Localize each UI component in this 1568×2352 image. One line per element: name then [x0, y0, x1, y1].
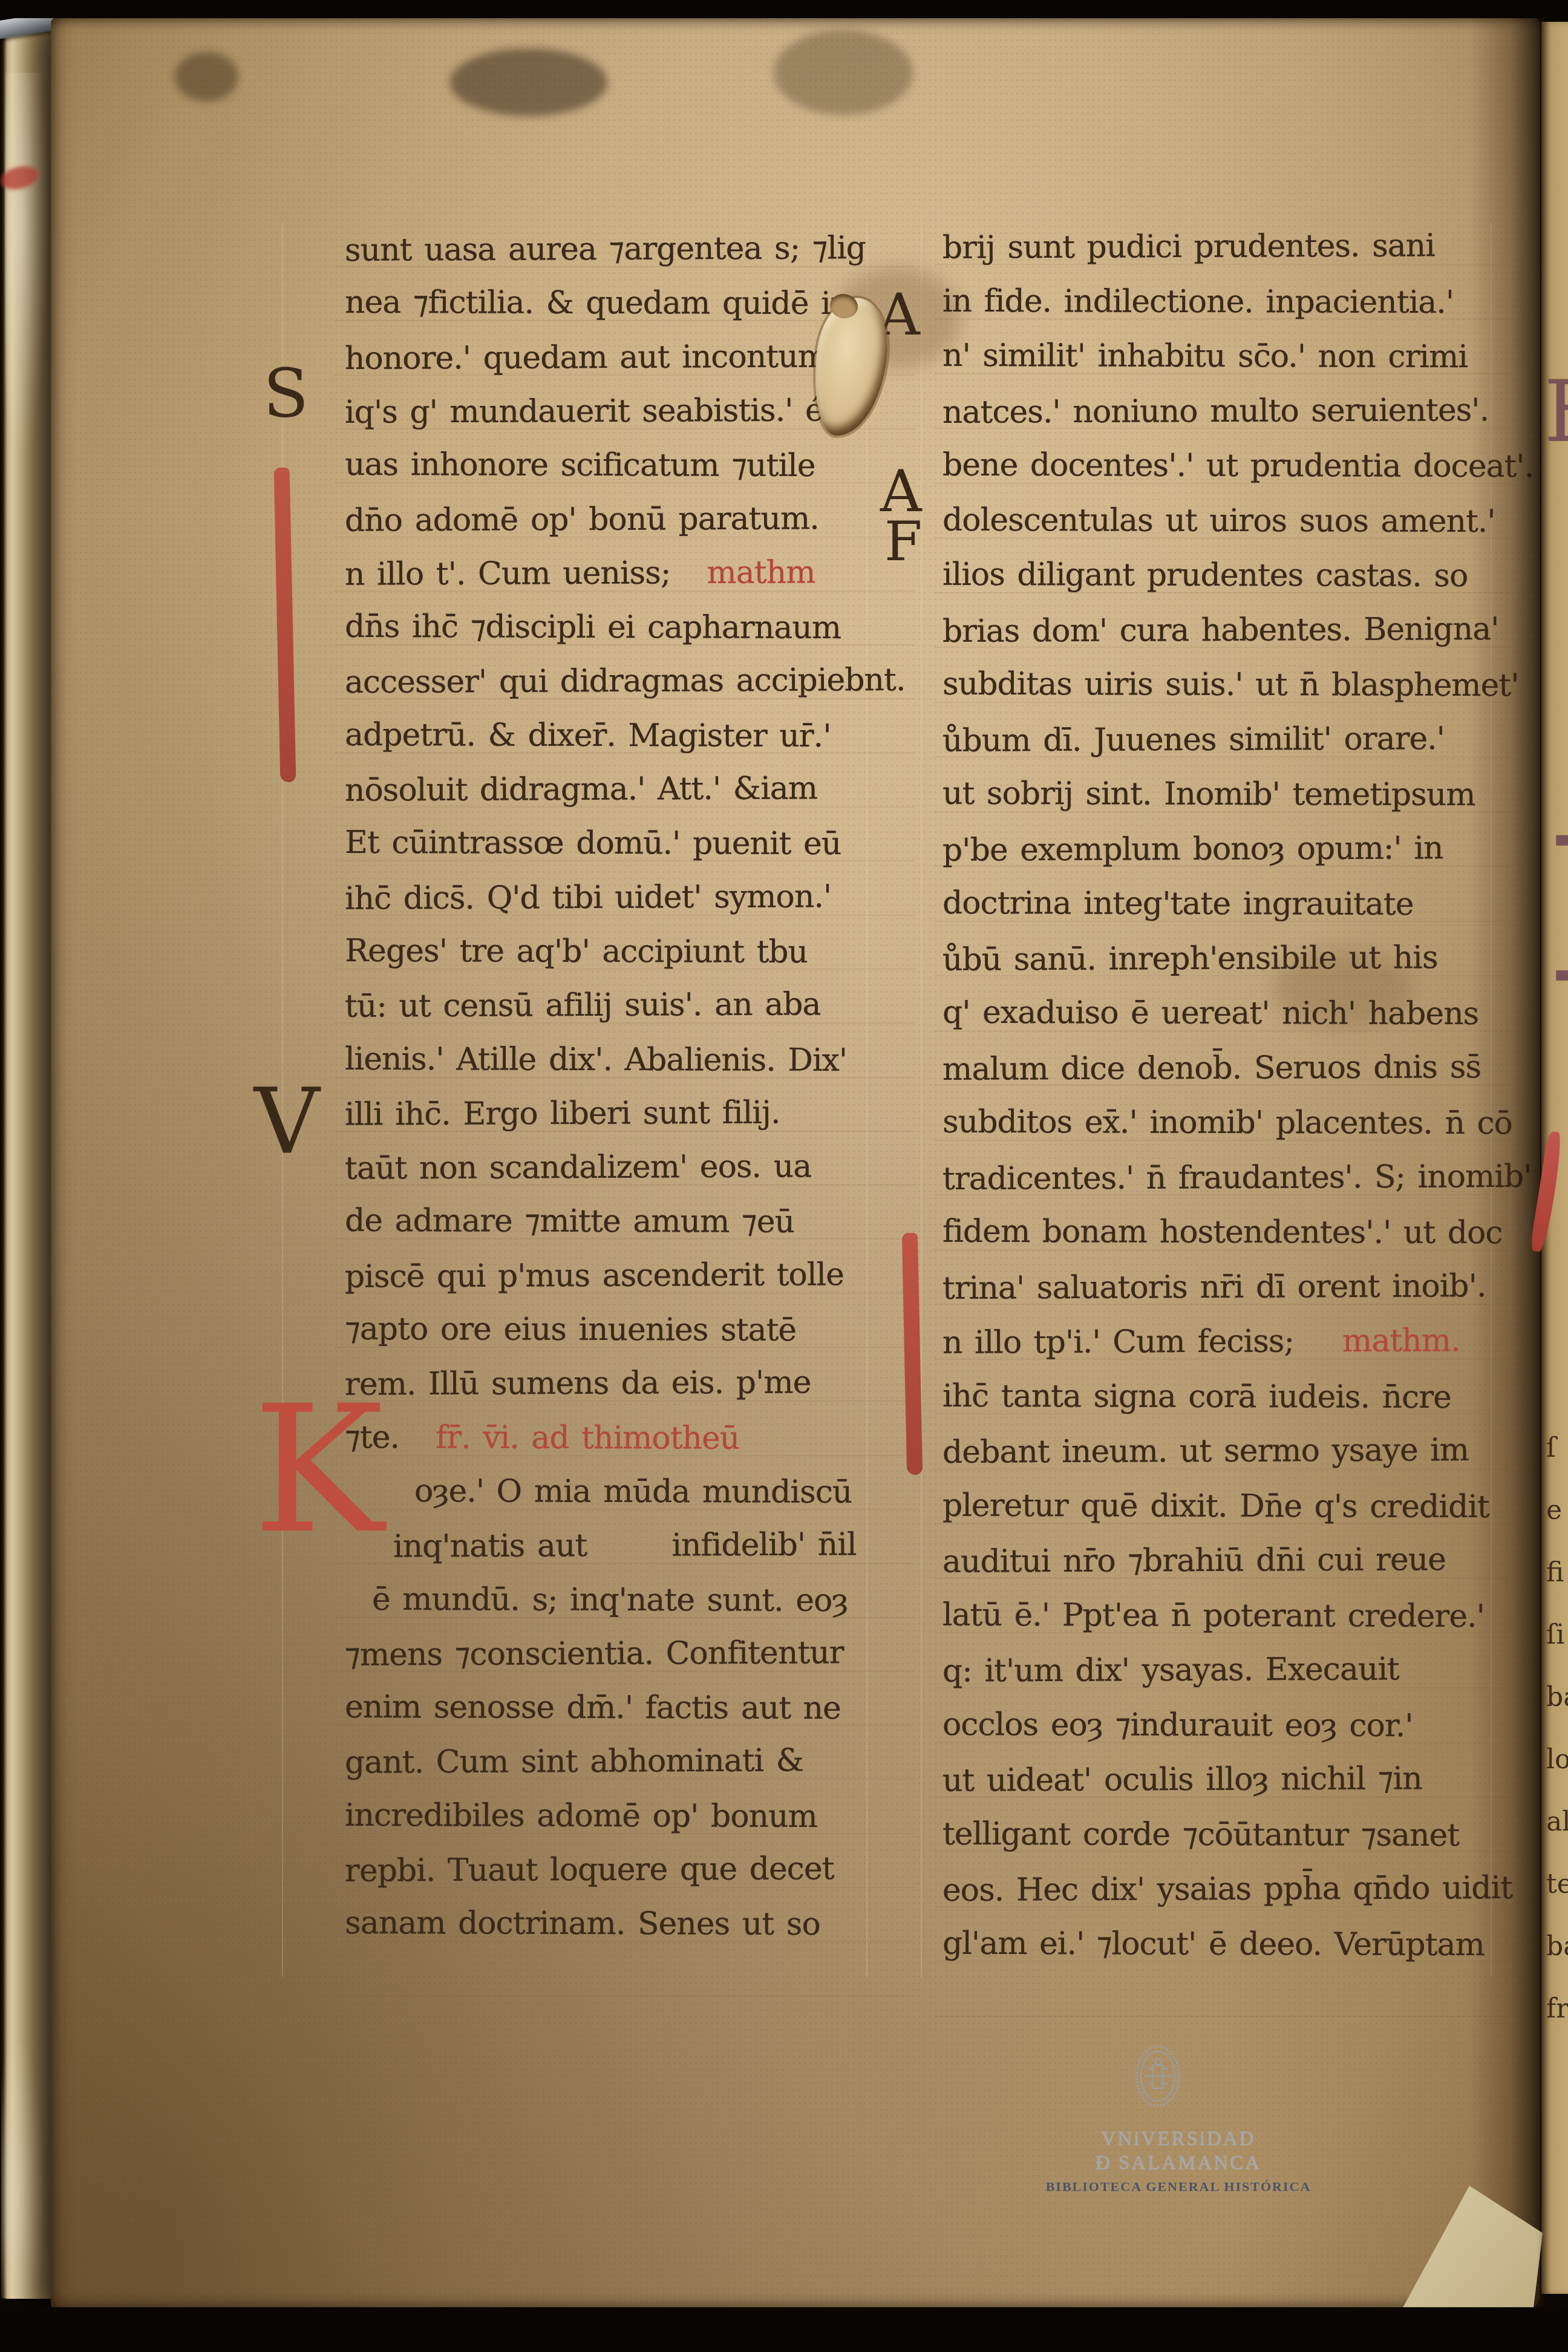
manuscript-line: Reges' tre aq'b' accipiunt tbu — [345, 927, 808, 976]
ink-segment: accesser' qui didragmas accipiebnt. — [345, 662, 906, 701]
ink-segment: ůbum dī. Juuenes similit' orare.' — [942, 720, 1445, 759]
manuscript-line: p'be exemplum bonoȝ opum:' in — [942, 824, 1443, 875]
facing-page-fragment: fr — [1546, 1993, 1568, 2024]
ink-segment: taūt non scandalizem' eos. ua — [345, 1148, 811, 1186]
manuscript-line: latū ē.' Ppt'ea n̄ poterant credere.' — [942, 1590, 1485, 1640]
ink-segment: q: it'um dix' ysayas. Execauit — [942, 1651, 1399, 1689]
university-seal-icon — [1135, 2045, 1181, 2108]
manuscript-line: brij sunt pudici prudentes. sani — [942, 221, 1435, 272]
manuscript-line: in fide. indilectione. inpacientia.' — [942, 276, 1454, 326]
watermark-library-name: BIBLIOTECA GENERAL HISTÓRICA — [1008, 2179, 1349, 2195]
manuscript-line: ⁊te.fr̄. v̄i. ad thimotheū — [345, 1413, 740, 1463]
stain — [774, 30, 913, 115]
ink-segment: p'be exemplum bonoȝ opum:' in — [942, 830, 1443, 869]
manuscript-line: inq'natis autinfidelib' n̄il — [393, 1521, 857, 1571]
manuscript-line: de admare ⁊mitte amum ⁊eū — [345, 1197, 794, 1246]
margin-rule — [866, 223, 867, 1977]
ink-segment: latū ē.' Ppt'ea n̄ poterant credere.' — [942, 1596, 1485, 1634]
ink-segment: pleretur quē dixit. Dn̄e q's credidit — [942, 1487, 1489, 1524]
manuscript-line: q' exaduiso ē uereat' nich' habens — [942, 988, 1479, 1038]
manuscript-line: incredibiles adomē op' bonum — [345, 1791, 817, 1841]
facing-page-fragment: ſi — [1546, 1619, 1564, 1650]
manuscript-line: sanam doctrinam. Senes ut so — [345, 1899, 820, 1949]
ink-segment: oȝe.' O mia mūda mundiscū — [414, 1473, 852, 1511]
ink-segment: tradicentes.' n̄ fraudantes'. S; inomib' — [942, 1158, 1532, 1197]
ink-segment: fidem bonam hostendentes'.' ut doc — [942, 1214, 1503, 1251]
manuscript-line: piscē qui p'mus ascenderit tolle — [345, 1250, 844, 1301]
facing-page-fragment: fi — [1546, 1557, 1564, 1588]
ink-segment: lienis.' Atille dix'. Abalienis. Dix' — [345, 1040, 847, 1078]
ink-segment: ⁊apto ore eius inuenies statē — [345, 1311, 796, 1348]
manuscript-line: subditos ex̄.' inomib' placentes. n̄ cō — [942, 1098, 1512, 1148]
ink-segment: infidelib' n̄il — [671, 1527, 856, 1564]
ink-segment: subditas uiris suis.' ut n̄ blasphemet' — [942, 666, 1519, 704]
watermark-university-name2: Ð SALAMANCA — [1008, 2152, 1349, 2175]
manuscript-line: natces.' noniuno multo seruientes'. — [942, 386, 1489, 437]
manuscript-line: ⁊apto ore eius inuenies statē — [345, 1305, 796, 1354]
ink-segment: gant. Cum sint abhominati & — [345, 1743, 803, 1781]
manuscript-line: ut uideat' oculis illoȝ nichil ⁊in — [942, 1754, 1422, 1805]
rubric-segment: fr̄. v̄i. ad thimotheū — [436, 1419, 739, 1456]
ink-segment: brij sunt pudici prudentes. sani — [942, 227, 1435, 266]
manuscript-line: oȝe.' O mia mūda mundiscū — [414, 1467, 852, 1517]
ink-segment: eos. Hec dix' ysaias pph̄a qn̄do uidit — [942, 1870, 1512, 1909]
ink-segment: n illo t'. Cum ueniss; — [345, 555, 671, 592]
ink-segment: enim senosse dm̄.' factis aut ne — [345, 1689, 841, 1726]
ink-segment: bene docentes'.' ut prudentia doceat'. — [942, 447, 1534, 485]
manuscript-line: ē mundū. s; inq'nate sunt. eoȝ — [372, 1575, 848, 1624]
manuscript-line: illi ihc̄. Ergo liberi sunt filij. — [345, 1088, 780, 1138]
manuscript-line: Et cūintrassœ domū.' puenit eū — [345, 818, 841, 868]
marginal-initial-F: F — [884, 515, 922, 569]
ink-segment: trina' saluatoris nr̄i dī orent inoib'. — [942, 1268, 1486, 1307]
manuscript-line: subditas uiris suis.' ut n̄ blasphemet' — [942, 660, 1519, 710]
manuscript-line: gl'am ei.' ⁊locut' ē deeo. Verūptam — [942, 1919, 1485, 1968]
stain — [175, 52, 238, 102]
ink-segment: dn̄o adomē op' bonū paratum. — [345, 500, 819, 538]
manuscript-line: gant. Cum sint abhominati & — [345, 1737, 803, 1787]
manuscript-line: n illo t'. Cum ueniss;mathm — [345, 548, 815, 598]
ink-segment: malum dice denob̄. Seruos dnis ss̄ — [942, 1049, 1481, 1088]
manuscript-line: tradicentes.' n̄ fraudantes'. S; inomib' — [942, 1152, 1532, 1203]
rubric-segment: mathm — [707, 554, 815, 591]
ink-segment: telligant corde ⁊cōūtantur ⁊sanet — [942, 1815, 1459, 1853]
facing-page-fragment: e — [1546, 1495, 1562, 1526]
ink-segment: ē mundū. s; inq'nate sunt. eoȝ — [372, 1581, 848, 1618]
ink-segment: ůbū sanū. inreph'ensibile ut his — [942, 939, 1438, 978]
marginal-initial-V: V — [254, 1077, 319, 1168]
manuscript-line: ⁊mens ⁊conscientia. Confitentur — [345, 1628, 844, 1679]
manuscript-line: ihc̄ tanta signa corā iudeis. n̄cre — [942, 1371, 1451, 1421]
manuscript-line: tū: ut censū afilij suis'. an aba — [345, 980, 821, 1030]
ink-segment: Reges' tre aq'b' accipiunt tbu — [345, 933, 808, 970]
ink-segment: occlos eoȝ ⁊indurauit eoȝ cor.' — [942, 1706, 1413, 1743]
facing-page-fragment: te — [1546, 1869, 1568, 1900]
gutter-shadow — [1470, 17, 1544, 2310]
page-edge-highlight — [5, 73, 47, 448]
ink-segment: n illo tp'i.' Cum feciss; — [942, 1323, 1294, 1361]
manuscript-line: sunt uasa aurea ⁊argentea s; ⁊lig — [345, 224, 866, 275]
ink-segment: piscē qui p'mus ascenderit tolle — [345, 1256, 844, 1295]
ink-segment: sunt uasa aurea ⁊argentea s; ⁊lig — [345, 230, 866, 269]
photo-background-top — [0, 0, 1568, 18]
manuscript-line: uas inhonore scificatum ⁊utile — [345, 440, 815, 490]
facing-page-fragment: ſ — [1546, 1432, 1556, 1463]
ink-segment: in fide. indilectione. inpacientia.' — [942, 283, 1454, 320]
manuscript-line: debant ineum. ut sermo ysaye im — [942, 1426, 1469, 1477]
manuscript-line: malum dice denob̄. Seruos dnis ss̄ — [942, 1043, 1481, 1094]
manuscript-line: honore.' quedam aut incontumelia — [345, 332, 882, 383]
ink-segment: uas inhonore scificatum ⁊utile — [345, 446, 815, 484]
manuscript-line: bene docentes'.' ut prudentia doceat'. — [942, 441, 1534, 491]
ink-segment: iq's g' mundauerit seabistis.' érit — [345, 392, 859, 431]
manuscript-line: dn̄s ihc̄ ⁊discipli ei capharnaum — [345, 603, 841, 652]
ink-segment: adpetrū. & dixer̄. Magister ur̄.' — [345, 717, 831, 754]
facing-page-initial: E — [1544, 363, 1568, 462]
manuscript-line: ůbū sanū. inreph'ensibile ut his — [942, 933, 1438, 984]
ink-segment: dolescentulas ut uiros suos ament.' — [942, 501, 1495, 539]
ink-segment: ⁊mens ⁊conscientia. Confitentur — [345, 1635, 844, 1673]
manuscript-line: nōsoluit didragma.' Att.' &iam — [345, 764, 817, 814]
ink-segment: ihc̄ tanta signa corā iudeis. n̄cre — [942, 1377, 1451, 1415]
ink-segment: nōsoluit didragma.' Att.' &iam — [345, 770, 817, 808]
manuscript-line: dn̄o adomē op' bonū paratum. — [345, 494, 819, 544]
manuscript-line: telligant corde ⁊cōūtantur ⁊sanet — [942, 1809, 1459, 1859]
manuscript-line: taūt non scandalizem' eos. ua — [345, 1142, 811, 1192]
photo-background-bottom — [0, 2307, 1568, 2352]
facing-page-fragment: ba — [1546, 1682, 1568, 1713]
ink-segment: n' similit' inhabitu sc̄o.' non crimi — [942, 338, 1468, 375]
manuscript-line: q: it'um dix' ysayas. Execauit — [942, 1645, 1399, 1695]
ink-segment: ihc̄ dics̄. Q'd tibi uidet' symon.' — [345, 878, 831, 917]
ink-segment: illi ihc̄. Ergo liberi sunt filij. — [345, 1094, 780, 1132]
ink-smudge — [450, 48, 607, 116]
ink-segment: subditos ex̄.' inomib' placentes. n̄ cō — [942, 1104, 1512, 1142]
manuscript-line: eos. Hec dix' ysaias pph̄a qn̄do uidit — [942, 1864, 1512, 1915]
ink-segment: de admare ⁊mitte amum ⁊eū — [345, 1203, 794, 1240]
facing-page-fragment: lo — [1546, 1744, 1568, 1775]
ink-segment: dn̄s ihc̄ ⁊discipli ei capharnaum — [345, 609, 841, 646]
manuscript-photo: sunt uasa aurea ⁊argentea s; ⁊lignea ⁊fi… — [0, 0, 1568, 2352]
ink-segment: tū: ut censū afilij suis'. an aba — [345, 986, 821, 1024]
manuscript-line: auditui nr̄o ⁊brahiū dn̄i cui reue — [942, 1535, 1446, 1586]
ink-segment: auditui nr̄o ⁊brahiū dn̄i cui reue — [942, 1541, 1446, 1580]
manuscript-line: occlos eoȝ ⁊indurauit eoȝ cor.' — [942, 1700, 1413, 1749]
facing-page-fragment: al — [1546, 1806, 1568, 1837]
manuscript-line: accesser' qui didragmas accipiebnt. — [345, 656, 906, 707]
ink-segment: natces.' noniuno multo seruientes'. — [942, 392, 1489, 431]
ink-segment: ut uideat' oculis illoȝ nichil ⁊in — [942, 1760, 1422, 1798]
manuscript-line: fidem bonam hostendentes'.' ut doc — [942, 1207, 1503, 1257]
ink-segment: doctrina integ'tate ingrauitate — [942, 885, 1414, 923]
ink-segment: rem. Illū sumens da eis. p'me — [345, 1365, 811, 1403]
ink-segment: debant ineum. ut sermo ysaye im — [942, 1432, 1469, 1471]
manuscript-line: doctrina integ'tate ingrauitate — [942, 879, 1414, 929]
manuscript-line: dolescentulas ut uiros suos ament.' — [942, 495, 1495, 545]
ink-segment: gl'am ei.' ⁊locut' ē deeo. Verūptam — [942, 1925, 1485, 1962]
manuscript-line: pleretur quē dixit. Dn̄e q's credidit — [942, 1481, 1489, 1530]
facing-page-fragment: ba — [1546, 1931, 1568, 1962]
manuscript-line: ihc̄ dics̄. Q'd tibi uidet' symon.' — [345, 872, 832, 923]
ink-segment: ut sobrij sint. Inomib' temetipsum — [942, 776, 1475, 813]
manuscript-line: rem. Illū sumens da eis. p'me — [345, 1359, 811, 1409]
manuscript-line: ut sobrij sint. Inomib' temetipsum — [942, 769, 1475, 819]
rubric-segment: mathm. — [1342, 1322, 1460, 1359]
manuscript-line: lienis.' Atille dix'. Abalienis. Dix' — [345, 1034, 847, 1084]
ink-segment: sanam doctrinam. Senes ut so — [345, 1905, 820, 1942]
library-watermark: VNiVERSiDAD Ð SALAMANCA BIBLIOTECA GENER… — [1008, 2028, 1349, 2203]
manuscript-line: n illo tp'i.' Cum feciss;mathm. — [942, 1316, 1460, 1367]
manuscript-line: repbi. Tuaut loquere que decet — [345, 1844, 834, 1895]
manuscript-line: trina' saluatoris nr̄i dī orent inoib'. — [942, 1262, 1486, 1313]
manuscript-line: brias dom' cura habentes. Benigna' — [942, 604, 1499, 655]
ink-segment: nea ⁊fictilia. & quedam quidē in — [345, 284, 850, 322]
ink-segment: incredibiles adomē op' bonum — [345, 1797, 817, 1835]
ink-segment: inq'natis aut — [393, 1527, 587, 1564]
facing-page-initial: P — [1545, 795, 1568, 1028]
manuscript-line: ůbum dī. Juuenes similit' orare.' — [942, 714, 1445, 765]
marginal-initial-K: K — [253, 1383, 384, 1558]
manuscript-line: enim senosse dm̄.' factis aut ne — [345, 1683, 841, 1733]
page-edge-highlight — [1, 2045, 44, 2299]
manuscript-line: iq's g' mundauerit seabistis.' érit — [345, 386, 859, 437]
ink-segment: q' exaduiso ē uereat' nich' habens — [942, 995, 1479, 1032]
ink-segment: honore.' quedam aut incontumelia — [345, 338, 882, 377]
ink-segment: Et cūintrassœ domū.' puenit eū — [345, 825, 841, 862]
manuscript-line: n' similit' inhabitu sc̄o.' non crimi — [942, 332, 1468, 381]
marginal-initial-S: S — [263, 360, 309, 426]
ink-segment: repbi. Tuaut loquere que decet — [345, 1851, 834, 1889]
watermark-university-name: VNiVERSiDAD — [1008, 2128, 1349, 2151]
ink-segment: ilios diligant prudentes castas. so — [942, 557, 1468, 594]
ink-segment: brias dom' cura habentes. Benigna' — [942, 610, 1499, 649]
manuscript-line: nea ⁊fictilia. & quedam quidē in — [345, 278, 850, 328]
manuscript-line: adpetrū. & dixer̄. Magister ur̄.' — [345, 711, 831, 760]
manuscript-line: ilios diligant prudentes castas. so — [942, 550, 1468, 600]
